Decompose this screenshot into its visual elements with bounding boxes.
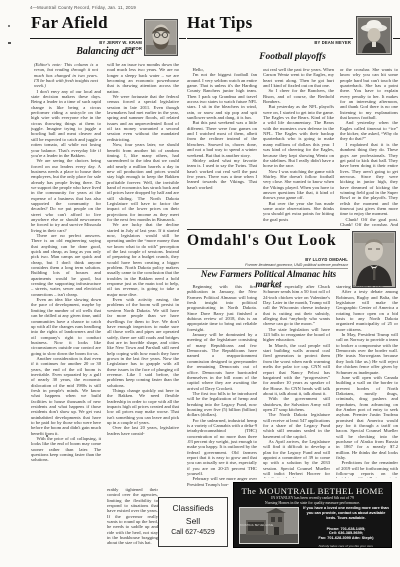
newspaper-page: 4—Mountrail County Record, Friday, Jan. … (0, 0, 400, 567)
far-afield-title: Far Afield (31, 14, 108, 31)
hat-tips-byline: BY DEAN MEYER (288, 40, 351, 45)
paragraph: In May, President Trump will call on Nor… (336, 332, 398, 375)
far-afield-column-1-text: I don't envy any of our local and state … (31, 89, 101, 463)
far-afield-rule (30, 38, 142, 39)
paragraph: But this past weekend was a little diffe… (187, 120, 257, 157)
paragraph: There are no perfect answers. There is a… (31, 233, 101, 297)
paragraph: Clunk! Off the goal post. Clunk! Off the… (340, 217, 398, 226)
paragraph: Another consideration is that even if it… (31, 356, 101, 436)
omdahl-column-3: starving Russians in 1920.After a testy … (336, 284, 398, 478)
paragraph: or the crossbar. She wants to know why y… (340, 67, 398, 120)
omdahl-portrait-icon (354, 233, 394, 286)
page-folio: 4—Mountrail County Record, Friday, Jan. … (30, 5, 136, 10)
paragraph: We are seeing the choices being forced o… (31, 158, 101, 233)
scan-mark (8, 25, 10, 27)
paragraph: will be an issue two months down the roa… (107, 62, 179, 94)
paragraph: I'm not the biggest football fan around.… (187, 72, 257, 120)
paragraph: The state legislation will have 123 bill… (263, 327, 330, 343)
ad-building-photo: MOUNTRAIL BETHEL HOME (239, 507, 299, 544)
paragraph: Predictions for the remainder of 2019 wi… (336, 460, 398, 478)
far-afield-rule-dash (179, 38, 186, 39)
paragraph: Now I was watching the game with Shirley… (263, 169, 334, 201)
ad-body-text: If you have a loved one needing more car… (302, 506, 390, 521)
paragraph: With the government still shutdown, the … (263, 396, 330, 412)
classifieds-line2: Sell (159, 516, 227, 526)
paragraph: out real well the past few years. When C… (263, 67, 334, 88)
paragraph: der wall, especially after Chuck Schumer… (263, 284, 330, 327)
paragraph: But yesterday as the NFL playoffs were o… (263, 104, 334, 168)
bethel-home-ad: The MOUNTRAIL BETHEL HOME IN STANLEY has… (233, 482, 392, 548)
paragraph: We were fortunate that the federal censu… (107, 94, 179, 142)
football-playoffs-headline: Football playoffs (187, 52, 398, 62)
paragraph: January will be dominated by a meeting o… (187, 332, 257, 391)
hat-tips-rule (187, 38, 353, 39)
paragraph: Now, four years later, we should benefit… (107, 142, 179, 222)
paragraph: Even an idea like slowing down the pace … (31, 297, 101, 356)
omdahl-photo (352, 231, 396, 288)
hat-tips-column-1: Hello,I'm not the biggest football fan a… (187, 67, 257, 226)
editor-note: (Editor's note: This column is a rerun, … (31, 62, 101, 89)
ad-footnote: Nobody takes care of you like your own. (302, 544, 390, 548)
far-afield-column-2: will be an issue two months down the roa… (107, 62, 179, 485)
classifieds-phone: Call 627-4529 (159, 529, 227, 536)
paragraph: Beginning with this first publication in… (187, 284, 257, 332)
paragraph: We are lucky that the decline started in… (107, 222, 179, 297)
paragraph: The first two bills to be introduced wil… (187, 391, 257, 418)
classifieds-box: Classifieds Sell Call 627-4529 (158, 497, 228, 547)
paragraph: After a testy debate among Robinson, Rug… (336, 289, 398, 332)
paragraph: Shirley asked what my favorite team is. … (187, 158, 257, 190)
paragraph: For the unlearned, industrial hemp is a … (187, 418, 257, 477)
paragraph: Things change quickly out here in the Ba… (107, 388, 179, 425)
paragraph: The North Dakota legislature will receiv… (263, 412, 330, 439)
ad-fax: Fax: 701-628-3090 Attn: Steph) (302, 536, 390, 541)
paragraph: I don't envy any of our local and state … (31, 89, 101, 158)
hat-tips-column-3: or the crossbar. She wants to know why y… (340, 67, 398, 226)
building-photo-icon: MOUNTRAIL BETHEL HOME (240, 508, 298, 543)
classifieds-line1: Classifieds (159, 503, 227, 513)
hat-tips-column-2: out real well the past few years. When C… (263, 67, 334, 226)
paragraph: Over the last 20 years, legislative lead… (107, 425, 179, 436)
balancing-act-headline: Balancing act (30, 46, 180, 57)
paragraph: I explained that it is the dumbest thing… (340, 142, 398, 217)
omdahl-byline-role: Former lieutenant governor, UND politica… (190, 262, 348, 267)
paragraph: As April arrives, the Legislature will f… (263, 439, 330, 478)
meyer-portrait-icon (358, 18, 390, 53)
omdahl-title: Omdahl's Out Look (187, 233, 337, 249)
ad-title: The MOUNTRAIL BETHEL HOME (234, 486, 391, 496)
far-afield-column-1: (Editor's note: This column is a rerun, … (31, 62, 101, 541)
meyer-photo (356, 16, 392, 55)
omdahl-column-2: der wall, especially after Chuck Schumer… (263, 284, 330, 478)
paragraph: So I cheer for the Ranchers, the Bison, … (263, 88, 334, 104)
paragraph: With the price of oil collapsing, it loo… (31, 436, 101, 463)
far-afield-column-2b: erably tightened their control over the … (107, 487, 158, 546)
scan-mark (8, 42, 11, 44)
hat-tips-title: Hat Tips (187, 14, 253, 31)
svg-text:MOUNTRAIL BETHEL HOME: MOUNTRAIL BETHEL HOME (240, 523, 273, 527)
omdahl-top-rule (187, 229, 350, 230)
paragraph: erably tightened their control over the … (107, 487, 158, 546)
paragraph: June will open with Canada building a wa… (336, 375, 398, 461)
paragraph: Even with activity easing, the problems … (107, 297, 179, 388)
paragraph: And yesterday when the Eagles called tim… (340, 120, 398, 141)
paragraph: But over the year she has made some acut… (263, 201, 334, 222)
omdahl-column-1: Beginning with this first publication in… (187, 284, 257, 491)
hat-tips-rule-dash (393, 38, 400, 39)
paragraph: In March, the coal people will start bui… (263, 343, 330, 396)
